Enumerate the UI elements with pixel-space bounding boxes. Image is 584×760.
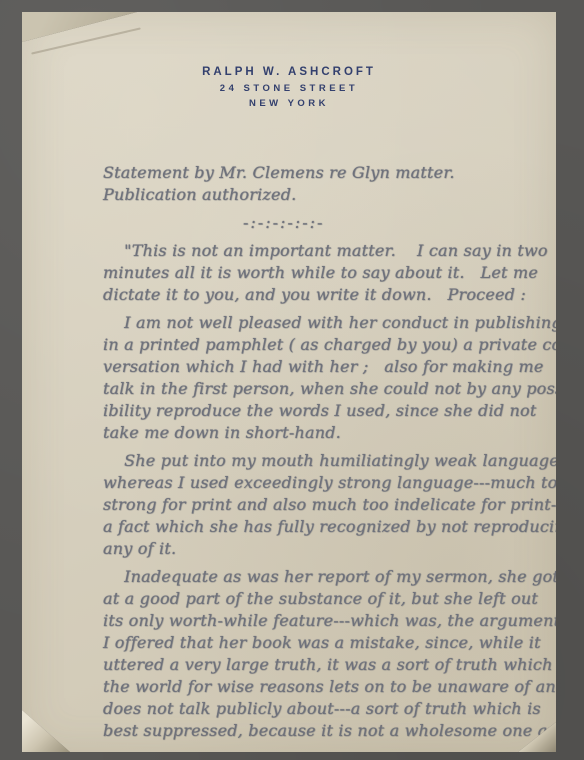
statement-heading: Statement by Mr. Clemens re Glyn matter.… <box>103 162 565 206</box>
letterhead-city: NEW YORK <box>22 98 556 109</box>
typescript-line: in a printed pamphlet ( as charged by yo… <box>103 334 565 356</box>
typescript-line: "This is not an important matter. I can … <box>103 240 565 262</box>
typescript-line: best suppressed, because it is not a who… <box>103 720 565 742</box>
typescript-line: uttered a very large truth, it was a sor… <box>103 654 565 676</box>
letterhead: RALPH W. ASHCROFT 24 STONE STREET NEW YO… <box>22 66 556 109</box>
scanned-letter-photo: RALPH W. ASHCROFT 24 STONE STREET NEW YO… <box>0 0 584 760</box>
typescript-line: at a good part of the substance of it, b… <box>103 588 565 610</box>
typescript-line: ibility reproduce the words I used, sinc… <box>103 400 565 422</box>
separator: -:-:-:-:-:- <box>103 212 565 234</box>
paragraph: She put into my mouth humiliatingly weak… <box>103 450 565 560</box>
typescript-line: versation which I had with her ; also fo… <box>103 356 565 378</box>
typescript-line: Inadequate as was her report of my sermo… <box>103 566 565 588</box>
typescript-line: talk in the first person, when she could… <box>103 378 565 400</box>
paragraph: I am not well pleased with her conduct i… <box>103 312 565 444</box>
typescript-line: I offered that her book was a mistake, s… <box>103 632 565 654</box>
typescript-line: does not talk publicly about---a sort of… <box>103 698 565 720</box>
typescript-line: She put into my mouth humiliatingly weak… <box>103 450 565 472</box>
paragraph: Inadequate as was her report of my sermo… <box>103 566 565 742</box>
letter-paper: RALPH W. ASHCROFT 24 STONE STREET NEW YO… <box>22 12 556 752</box>
letterhead-street: 24 STONE STREET <box>22 83 556 94</box>
typescript-line: any of it. <box>103 538 565 560</box>
letterhead-name: RALPH W. ASHCROFT <box>22 66 556 78</box>
typescript-line: a fact which she has fully recognized by… <box>103 516 565 538</box>
typescript-body: Statement by Mr. Clemens re Glyn matter.… <box>103 162 565 742</box>
typescript-line: take me down in short-hand. <box>103 422 565 444</box>
typescript-line: the world for wise reasons lets on to be… <box>103 676 565 698</box>
typescript-line: I am not well pleased with her conduct i… <box>103 312 565 334</box>
typescript-line: minutes all it is worth while to say abo… <box>103 262 565 284</box>
heading-line: Statement by Mr. Clemens re Glyn matter. <box>103 162 565 184</box>
typescript-line: strong for print and also much too indel… <box>103 494 565 516</box>
typescript-line: dictate it to you, and you write it down… <box>103 284 565 306</box>
paragraph: "This is not an important matter. I can … <box>103 240 565 306</box>
typescript-line: its only worth-while feature---which was… <box>103 610 565 632</box>
heading-line: Publication authorized. <box>103 184 565 206</box>
typescript-line: whereas I used exceedingly strong langua… <box>103 472 565 494</box>
